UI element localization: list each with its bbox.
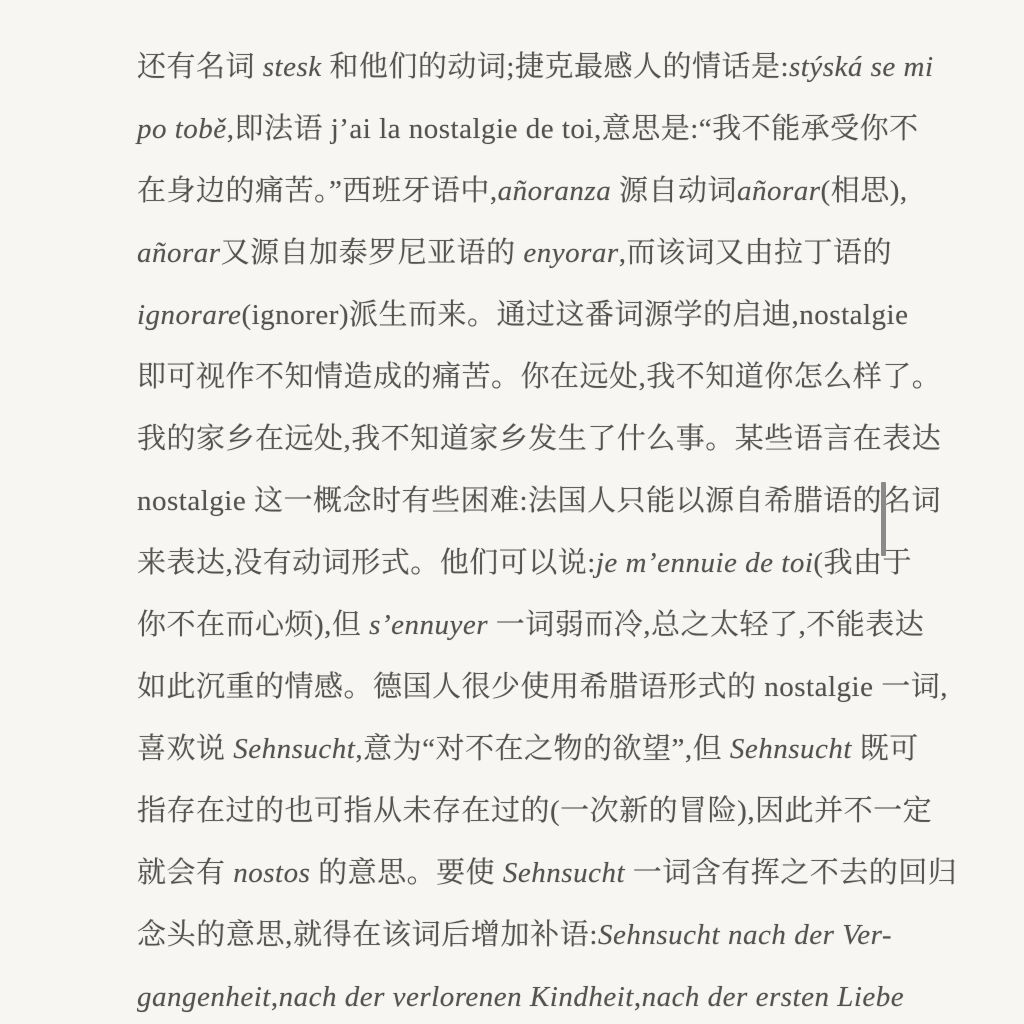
text-segment: nostalgie bbox=[799, 299, 908, 331]
text-line: 还有名词 stesk 和他们的动词;捷克最感人的情话是:stýská se mi bbox=[137, 36, 892, 98]
text-line: añorar又源自加泰罗尼亚语的 enyorar,而该词又由拉丁语的 bbox=[137, 222, 892, 284]
text-segment: (我由于 bbox=[813, 547, 912, 579]
text-segment: 就会有 bbox=[137, 857, 233, 889]
text-line: 念头的意思,就得在该词后增加补语:Sehnsucht nach der Ver- bbox=[137, 904, 892, 966]
text-segment: je m’ennuie de toi bbox=[596, 547, 814, 579]
text-segment: enyorar bbox=[523, 237, 618, 269]
text-segment: ,意为“对不在之物的欲望”,但 bbox=[355, 733, 730, 765]
text-segment: ,而该词又由拉丁语的 bbox=[619, 237, 892, 269]
text-segment: 在身边的痛苦。”西班牙语中, bbox=[137, 175, 498, 207]
text-segment: nach der verlorenen Kindheit bbox=[279, 981, 634, 1013]
text-segment: 既可 bbox=[852, 733, 919, 765]
text-segment: stýská se mi bbox=[789, 51, 934, 83]
book-page: 还有名词 stesk 和他们的动词;捷克最感人的情话是:stýská se mi… bbox=[0, 0, 1024, 1024]
text-segment: s’ennuyer bbox=[369, 609, 488, 641]
text-line: 指存在过的也可指从未存在过的(一次新的冒险),因此并不一定 bbox=[137, 780, 892, 842]
text-segment: 一词弱而冷,总之太轻了,不能表达 bbox=[488, 609, 924, 641]
text-block: 还有名词 stesk 和他们的动词;捷克最感人的情话是:stýská se mi… bbox=[137, 36, 892, 1024]
text-line: gangenheit,nach der verlorenen Kindheit,… bbox=[137, 966, 892, 1024]
text-segment: nostalgie bbox=[137, 485, 246, 517]
text-line: 就会有 nostos 的意思。要使 Sehnsucht 一词含有挥之不去的回归 bbox=[137, 842, 892, 904]
text-segment: (相思), bbox=[821, 175, 908, 207]
text-line: 即可视作不知情造成的痛苦。你在远处,我不知道你怎么样了。 bbox=[137, 346, 892, 408]
text-segment: ,意思是:“我不能承受你不 bbox=[594, 113, 919, 145]
text-segment: j’ai la nostalgie de toi bbox=[331, 113, 594, 145]
text-segment: Sehnsucht bbox=[503, 857, 625, 889]
text-line: 你不在而心烦),但 s’ennuyer 一词弱而冷,总之太轻了,不能表达 bbox=[137, 594, 892, 656]
text-segment: 一词含有挥之不去的回归 bbox=[625, 857, 957, 889]
text-segment: nach der ersten Liebe bbox=[642, 981, 905, 1013]
text-segment: 你不在而心烦),但 bbox=[137, 609, 369, 641]
text-segment: 的意思。要使 bbox=[310, 857, 503, 889]
text-line: 如此沉重的情感。德国人很少使用希腊语形式的 nostalgie 一词, bbox=[137, 656, 892, 718]
text-segment: ( bbox=[241, 299, 251, 331]
text-segment: 喜欢说 bbox=[137, 733, 233, 765]
text-segment: gangenheit bbox=[137, 981, 271, 1013]
text-segment: ,即法语 bbox=[227, 113, 331, 145]
text-segment: 指存在过的也可指从未存在过的(一次新的冒险),因此并不一定 bbox=[137, 795, 932, 827]
text-line: 在身边的痛苦。”西班牙语中,añoranza 源自动词añorar(相思), bbox=[137, 160, 892, 222]
text-line: 我的家乡在远处,我不知道家乡发生了什么事。某些语言在表达 bbox=[137, 408, 892, 470]
text-segment: po tobě bbox=[137, 113, 227, 145]
text-segment: 还有名词 bbox=[137, 51, 263, 83]
text-segment: , bbox=[271, 981, 279, 1013]
text-line: 喜欢说 Sehnsucht,意为“对不在之物的欲望”,但 Sehnsucht 既… bbox=[137, 718, 892, 780]
text-segment: añoranza bbox=[498, 175, 612, 207]
text-segment: 这一概念时有些困难:法国人只能以源自希腊语的名词 bbox=[246, 485, 941, 517]
text-segment: nostalgie bbox=[764, 671, 873, 703]
scan-artifact-bar bbox=[881, 482, 886, 556]
text-segment: 念头的意思,就得在该词后增加补语: bbox=[137, 919, 598, 951]
text-segment: ignorer bbox=[252, 299, 339, 331]
text-segment: Sehnsucht bbox=[233, 733, 355, 765]
text-line: po tobě,即法语 j’ai la nostalgie de toi,意思是… bbox=[137, 98, 892, 160]
text-segment: 如此沉重的情感。德国人很少使用希腊语形式的 bbox=[137, 671, 764, 703]
text-segment: 又源自加泰罗尼亚语的 bbox=[221, 237, 524, 269]
text-segment: ignorare bbox=[137, 299, 241, 331]
text-segment: añorar bbox=[137, 237, 221, 269]
text-segment: nostos bbox=[233, 857, 310, 889]
text-segment: )派生而来。通过这番词源学的启迪, bbox=[339, 299, 799, 331]
text-segment: Sehnsucht nach der Ver- bbox=[598, 919, 892, 951]
text-segment: 我的家乡在远处,我不知道家乡发生了什么事。某些语言在表达 bbox=[137, 423, 941, 455]
text-segment: Sehnsucht bbox=[730, 733, 852, 765]
text-line: 来表达,没有动词形式。他们可以说:je m’ennuie de toi(我由于 bbox=[137, 532, 892, 594]
text-segment: 即可视作不知情造成的痛苦。你在远处,我不知道你怎么样了。 bbox=[137, 361, 941, 393]
text-segment: 来表达,没有动词形式。他们可以说: bbox=[137, 547, 596, 579]
text-segment: , bbox=[634, 981, 642, 1013]
text-line: nostalgie 这一概念时有些困难:法国人只能以源自希腊语的名词 bbox=[137, 470, 892, 532]
text-line: ignorare(ignorer)派生而来。通过这番词源学的启迪,nostalg… bbox=[137, 284, 892, 346]
text-segment: 和他们的动词;捷克最感人的情话是: bbox=[322, 51, 789, 83]
text-segment: stesk bbox=[263, 51, 322, 83]
text-segment: 一词, bbox=[873, 671, 948, 703]
text-segment: 源自动词 bbox=[611, 175, 737, 207]
text-segment: añorar bbox=[737, 175, 821, 207]
